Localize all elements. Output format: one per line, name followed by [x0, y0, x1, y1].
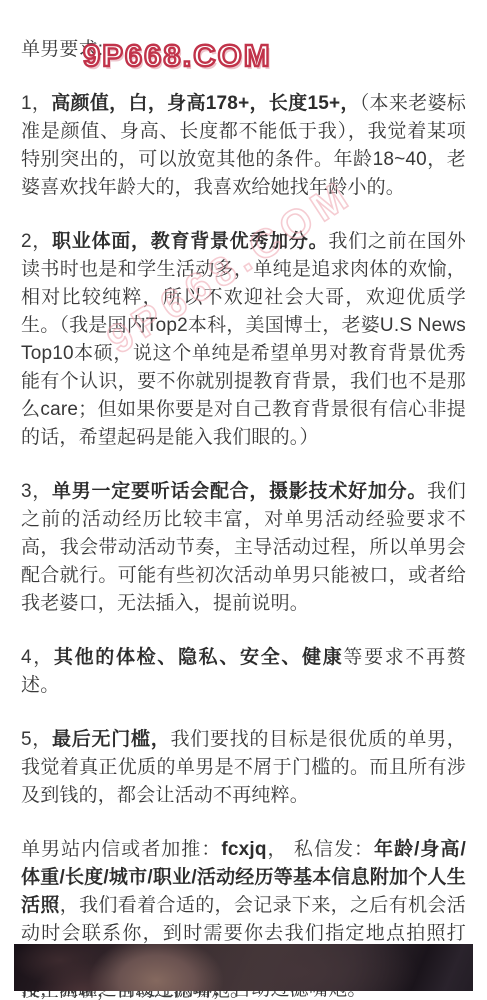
- text-run: 我们之前在国外读书时也是和学生活动多，单纯是追求肉体的欢愉，相对比较纯粹，所以不…: [21, 231, 466, 448]
- text-run-bold: 单男一定要听话会配合，摄影技术好加分。: [52, 481, 427, 502]
- text-run-bold: 最后无门槛，: [52, 729, 170, 750]
- dark-photo-attachment[interactable]: [14, 944, 473, 991]
- text-run: 2，: [21, 231, 52, 252]
- post-body: 单男要求: 1，高颜值，白，身高178+，长度15+，（本来老婆标准是颜值、身高…: [0, 0, 487, 1000]
- text-run: 3，: [21, 481, 52, 502]
- text-run-bold: 其他的体检、隐私、安全、健康: [54, 647, 343, 668]
- paragraph-2-requirement-career-education: 2，职业体面，教育背景优秀加分。我们之前在国外读书时也是和学生活动多，单纯是追求…: [21, 228, 466, 452]
- text-run: 1，: [21, 93, 51, 114]
- text-run: 5，: [21, 729, 52, 750]
- post-title: 单男要求:: [21, 36, 466, 64]
- paragraph-4-requirement-health-privacy: 4，其他的体检、隐私、安全、健康等要求不再赘述。: [21, 644, 466, 700]
- text-run-bold: fcxjq: [221, 839, 266, 860]
- text-run: 单男站内信或者加推：: [21, 839, 221, 860]
- paragraph-1-requirement-looks: 1，高颜值，白，身高178+，长度15+，（本来老婆标准是颜值、身高、长度都不能…: [21, 90, 466, 202]
- paragraph-3-requirement-cooperation: 3，单男一定要听话会配合，摄影技术好加分。我们之前的活动经历比较丰富，对单男活动…: [21, 478, 466, 618]
- text-run-bold: 高颜值，白，身高178+，长度15+，: [51, 93, 360, 114]
- text-run: 4，: [21, 647, 54, 668]
- paragraph-5-no-threshold: 5，最后无门槛，我们要找的目标是很优质的单男，我觉着真正优质的单男是不屑于门槛的…: [21, 726, 466, 810]
- text-run-bold: 职业体面，教育背景优秀加分。: [52, 231, 328, 252]
- text-run: ， 私信发：: [267, 839, 374, 860]
- post-page: 9P668.COM 9P668.COM 单男要求: 1，高颜值，白，身高178+…: [0, 0, 487, 1000]
